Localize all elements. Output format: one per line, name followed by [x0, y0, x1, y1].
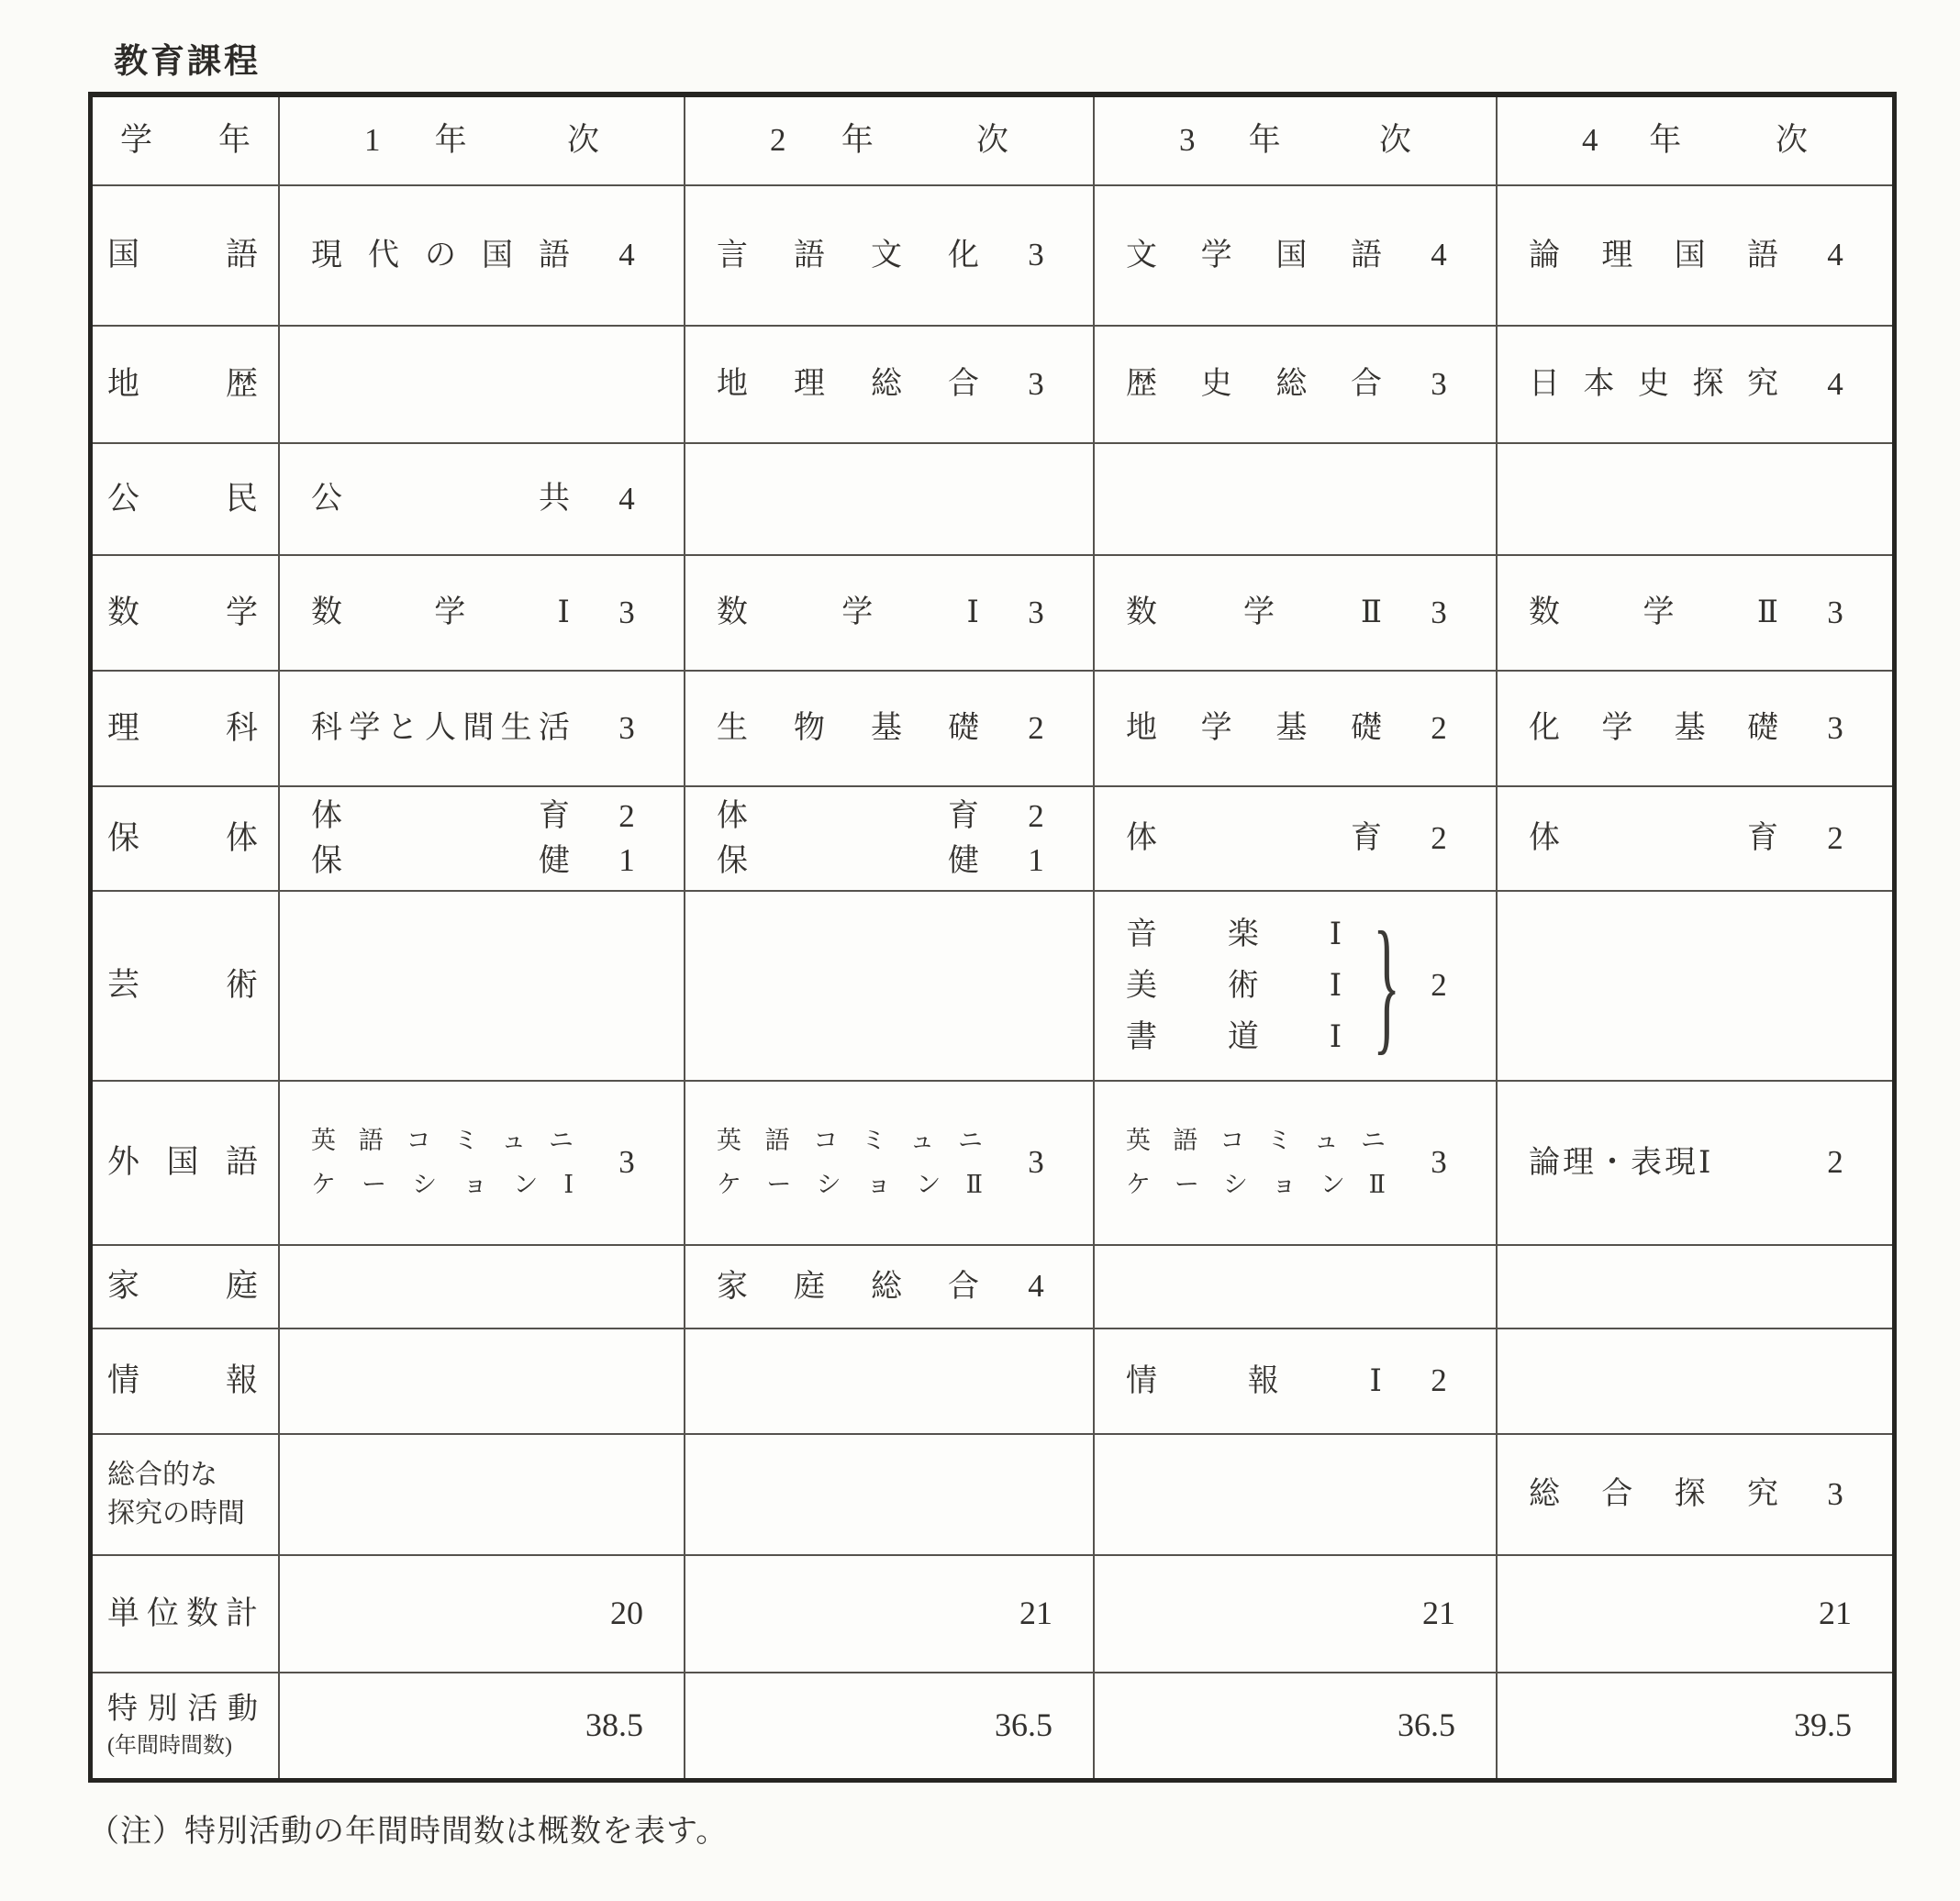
header-year-1: 1 年 次	[280, 97, 685, 186]
cell-total-credits-year4: 21	[1498, 1556, 1892, 1673]
course-name: 論理・表現Ⅰ	[1529, 1145, 1810, 1181]
cell-geography-history-year3: 歴 史 総 合 3	[1095, 327, 1498, 444]
curriculum-table: 学 年 1 年 次 2 年 次 3 年 次 4 年 次 国 語 現 代 の 国 …	[88, 92, 1897, 1783]
course-name: 公 共	[311, 481, 570, 517]
course-name-line1: 英 語 コ ミ ュ ニ	[311, 1127, 574, 1155]
course-name: 数 学 Ⅱ	[1126, 595, 1382, 630]
row-label-health-pe: 保 体	[93, 787, 280, 892]
cell-informatics-year2-empty	[685, 1329, 1095, 1435]
cell-total-credits-year3: 21	[1095, 1556, 1498, 1673]
cell-special-activities-year2: 36.5	[685, 1673, 1095, 1778]
cell-geography-history-year1-empty	[280, 327, 685, 444]
course-name: 数 学 Ⅱ	[1529, 595, 1778, 630]
course-name: 地 理 総 合	[717, 366, 979, 402]
row-label-arts: 芸 術	[93, 892, 280, 1082]
cell-arts-year3: 音 楽 Ⅰ 美 術 Ⅰ 書 道 Ⅰ } 2	[1095, 892, 1498, 1082]
course-name: 保 健	[717, 843, 979, 879]
course-name-line2: ケ ー シ ョ ン Ⅱ	[717, 1171, 983, 1199]
course-name: 化 学 基 礎	[1529, 710, 1778, 746]
course-name: 文 学 国 語	[1126, 238, 1382, 273]
header-grade-text: 学 年	[120, 122, 251, 159]
cell-foreign-language-year1: 英 語 コ ミ ュ ニ ケ ー シ ョ ン Ⅰ 3	[280, 1082, 685, 1246]
row-label-civics: 公 民	[93, 444, 280, 556]
course-name-line1: 英 語 コ ミ ュ ニ	[717, 1127, 983, 1155]
page-title: 教育課程	[114, 33, 261, 83]
course-credit: 3	[610, 1144, 643, 1181]
cell-home-economics-year3-empty	[1095, 1246, 1498, 1329]
cell-mathematics-year1: 数 学 Ⅰ 3	[280, 556, 685, 672]
course-credit: 3	[1819, 1476, 1852, 1513]
cell-japanese-year1: 現 代 の 国 語 4	[280, 186, 685, 327]
cell-civics-year1: 公 共 4	[280, 444, 685, 556]
cell-geography-history-year2: 地 理 総 合 3	[685, 327, 1095, 444]
course-credit: 2	[1422, 710, 1455, 747]
course-name: 保 健	[311, 843, 570, 879]
cell-foreign-language-year4: 論理・表現Ⅰ 2	[1498, 1082, 1892, 1246]
cell-japanese-year4: 論 理 国 語 4	[1498, 186, 1892, 327]
course-credit: 3	[1422, 366, 1455, 403]
course-name: 体 育	[1529, 820, 1778, 856]
course-name: 現 代 の 国 語	[311, 238, 570, 273]
course-name-line2: ケ ー シ ョ ン Ⅰ	[311, 1171, 574, 1199]
course-name: 日 本 史 探 究	[1529, 366, 1778, 402]
course-credit: 2	[1019, 710, 1052, 747]
header-year-3: 3 年 次	[1095, 97, 1498, 186]
course-name: 体 育	[717, 798, 979, 834]
hours-value: 38.5	[311, 1706, 643, 1744]
cell-home-economics-year2: 家 庭 総 合 4	[685, 1246, 1095, 1329]
row-label-informatics: 情 報	[93, 1329, 280, 1435]
cell-total-credits-year1: 20	[280, 1556, 685, 1673]
course-name: 科学と人間生活	[311, 710, 570, 746]
course-credit: 2	[610, 798, 643, 835]
cell-civics-year3-empty	[1095, 444, 1498, 556]
row-label-total-credits: 単位数計	[93, 1556, 280, 1673]
course-credit: 3	[610, 595, 643, 631]
course-name: 生 物 基 礎	[717, 710, 979, 746]
course-name: 書 道 Ⅰ	[1126, 1019, 1342, 1055]
cell-integrated-inquiry-year3-empty	[1095, 1435, 1498, 1556]
course-credit: 3	[1019, 366, 1052, 403]
course-name: 音 楽 Ⅰ	[1126, 917, 1342, 952]
cell-home-economics-year1-empty	[280, 1246, 685, 1329]
course-credit: 2	[1422, 820, 1455, 857]
cell-special-activities-year4: 39.5	[1498, 1673, 1892, 1778]
cell-arts-year2-empty	[685, 892, 1095, 1082]
cell-civics-year2-empty	[685, 444, 1095, 556]
cell-integrated-inquiry-year2-empty	[685, 1435, 1095, 1556]
cell-geography-history-year4: 日 本 史 探 究 4	[1498, 327, 1892, 444]
grouping-brace: }	[1373, 910, 1400, 1061]
course-name: 論 理 国 語	[1529, 238, 1778, 273]
course-name: 総 合 探 究	[1529, 1476, 1778, 1512]
course-name: 歴 史 総 合	[1126, 366, 1382, 402]
course-name-line1: 英 語 コ ミ ュ ニ	[1126, 1127, 1386, 1155]
course-name: 体 育	[1126, 820, 1382, 856]
cell-health-pe-year2: 体 育 2 保 健 1	[685, 787, 1095, 892]
cell-japanese-year2: 言 語 文 化 3	[685, 186, 1095, 327]
total-value: 21	[1126, 1595, 1455, 1632]
course-credit: 2	[1819, 820, 1852, 857]
course-credit: 3	[1019, 1144, 1052, 1181]
header-year-2: 2 年 次	[685, 97, 1095, 186]
row-label-foreign-language: 外 国 語	[93, 1082, 280, 1246]
course-name: 家 庭 総 合	[717, 1269, 979, 1305]
row-label-japanese: 国 語	[93, 186, 280, 327]
hours-value: 39.5	[1529, 1706, 1852, 1744]
cell-science-year1: 科学と人間生活 3	[280, 672, 685, 787]
course-credit: 3	[1819, 595, 1852, 631]
cell-science-year4: 化 学 基 礎 3	[1498, 672, 1892, 787]
course-name: 地 学 基 礎	[1126, 710, 1382, 746]
footnote: （注）特別活動の年間時間数は概数を表す。	[88, 1806, 728, 1851]
course-name: 数 学 Ⅰ	[717, 595, 979, 630]
cell-total-credits-year2: 21	[685, 1556, 1095, 1673]
total-value: 21	[717, 1595, 1052, 1632]
course-credit: 4	[1019, 1268, 1052, 1305]
course-credit: 2	[1019, 798, 1052, 835]
cell-mathematics-year4: 数 学 Ⅱ 3	[1498, 556, 1892, 672]
row-label-geography-history: 地 歴	[93, 327, 280, 444]
course-credit: 3	[1819, 710, 1852, 747]
course-credit: 2	[1819, 1144, 1852, 1181]
row-label-integrated-inquiry: 総合的な 探究の時間	[93, 1435, 280, 1556]
header-grade-label: 学 年	[93, 97, 280, 186]
hours-value: 36.5	[1126, 1706, 1455, 1744]
cell-health-pe-year1: 体 育 2 保 健 1	[280, 787, 685, 892]
cell-arts-year1-empty	[280, 892, 685, 1082]
course-credit: 3	[1422, 1144, 1455, 1181]
cell-special-activities-year3: 36.5	[1095, 1673, 1498, 1778]
course-name: 数 学 Ⅰ	[311, 595, 570, 630]
course-credit: 2	[1422, 967, 1455, 1004]
cell-home-economics-year4-empty	[1498, 1246, 1892, 1329]
cell-arts-year4-empty	[1498, 892, 1892, 1082]
total-value: 21	[1529, 1595, 1852, 1632]
course-name: 美 術 Ⅰ	[1126, 968, 1342, 1004]
row-label-special-activities: 特別活動 (年間時間数)	[93, 1673, 280, 1778]
header-year-4: 4 年 次	[1498, 97, 1892, 186]
row-label-home-economics: 家 庭	[93, 1246, 280, 1329]
cell-civics-year4-empty	[1498, 444, 1892, 556]
cell-integrated-inquiry-year1-empty	[280, 1435, 685, 1556]
cell-science-year2: 生 物 基 礎 2	[685, 672, 1095, 787]
course-name-line2: ケ ー シ ョ ン Ⅱ	[1126, 1171, 1386, 1199]
course-credit: 3	[1019, 237, 1052, 273]
course-credit: 4	[610, 481, 643, 517]
total-value: 20	[311, 1595, 643, 1632]
cell-health-pe-year3: 体 育 2	[1095, 787, 1498, 892]
course-name: 情 報 Ⅰ	[1126, 1363, 1382, 1399]
header-year-1-text: 1 年 次	[364, 122, 599, 159]
course-credit: 3	[610, 710, 643, 747]
course-credit: 2	[1422, 1362, 1455, 1399]
header-year-3-text: 3 年 次	[1179, 122, 1411, 159]
row-label-mathematics: 数 学	[93, 556, 280, 672]
course-name: 体 育	[311, 798, 570, 834]
course-credit: 1	[1019, 842, 1052, 879]
cell-health-pe-year4: 体 育 2	[1498, 787, 1892, 892]
header-year-2-text: 2 年 次	[770, 122, 1008, 159]
cell-foreign-language-year3: 英 語 コ ミ ュ ニ ケ ー シ ョ ン Ⅱ 3	[1095, 1082, 1498, 1246]
course-credit: 3	[1019, 595, 1052, 631]
cell-special-activities-year1: 38.5	[280, 1673, 685, 1778]
cell-science-year3: 地 学 基 礎 2	[1095, 672, 1498, 787]
header-year-4-text: 4 年 次	[1582, 122, 1808, 159]
cell-mathematics-year3: 数 学 Ⅱ 3	[1095, 556, 1498, 672]
cell-japanese-year3: 文 学 国 語 4	[1095, 186, 1498, 327]
course-credit: 4	[1819, 366, 1852, 403]
row-label-science: 理 科	[93, 672, 280, 787]
course-name: 言 語 文 化	[717, 238, 979, 273]
cell-informatics-year4-empty	[1498, 1329, 1892, 1435]
cell-foreign-language-year2: 英 語 コ ミ ュ ニ ケ ー シ ョ ン Ⅱ 3	[685, 1082, 1095, 1246]
course-credit: 3	[1422, 595, 1455, 631]
cell-integrated-inquiry-year4: 総 合 探 究 3	[1498, 1435, 1892, 1556]
cell-informatics-year3: 情 報 Ⅰ 2	[1095, 1329, 1498, 1435]
course-credit: 1	[610, 842, 643, 879]
cell-informatics-year1-empty	[280, 1329, 685, 1435]
course-credit: 4	[1422, 237, 1455, 273]
cell-mathematics-year2: 数 学 Ⅰ 3	[685, 556, 1095, 672]
hours-value: 36.5	[717, 1706, 1052, 1744]
course-credit: 4	[1819, 237, 1852, 273]
course-credit: 4	[610, 237, 643, 273]
